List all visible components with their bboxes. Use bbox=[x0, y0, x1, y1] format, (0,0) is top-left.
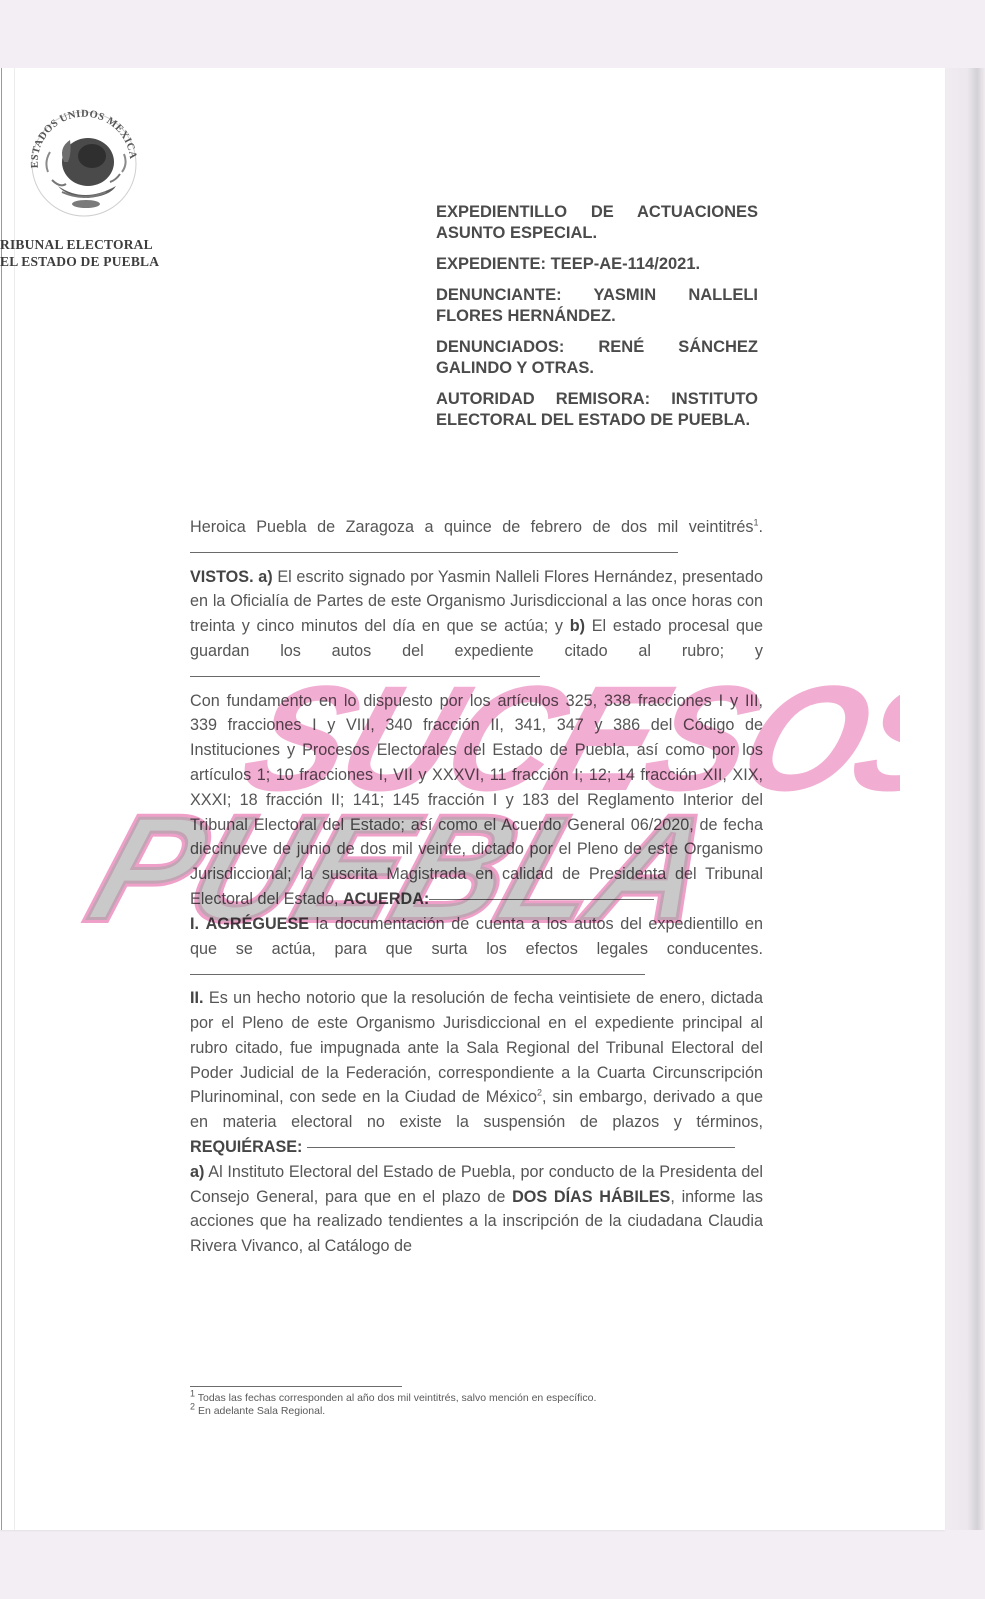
date-paragraph: Heroica Puebla de Zaragoza a quince de f… bbox=[190, 515, 763, 565]
case-number: EXPEDIENTE: TEEP-AE-114/2021. bbox=[436, 254, 758, 275]
point-1-paragraph: I. AGRÉGUESE la documentación de cuenta … bbox=[190, 912, 763, 986]
respondents: DENUNCIADOS: RENÉ SÁNCHEZ GALINDO Y OTRA… bbox=[436, 337, 758, 379]
complainant: DENUNCIANTE: YASMIN NALLELI FLORES HERNÁ… bbox=[436, 285, 758, 327]
case-header: EXPEDIENTILLO DE ACTUACIONES ASUNTO ESPE… bbox=[436, 202, 758, 441]
point-2-paragraph: II. Es un hecho notorio que la resolució… bbox=[190, 986, 763, 1160]
document-body: Heroica Puebla de Zaragoza a quince de f… bbox=[190, 515, 763, 1259]
fundamento-paragraph: Con fundamento en lo dispuesto por los a… bbox=[190, 689, 763, 912]
footnotes: 1 Todas las fechas corresponden al año d… bbox=[190, 1392, 790, 1417]
referring-authority: AUTORIDAD REMISORA: INSTITUTO ELECTORAL … bbox=[436, 389, 758, 431]
mexican-coat-of-arms-icon: ESTADOS UNIDOS MEXICANOS bbox=[18, 100, 146, 228]
footnote-1: 1 Todas las fechas corresponden al año d… bbox=[190, 1392, 790, 1405]
requirement-a-paragraph: a) Al Instituto Electoral del Estado de … bbox=[190, 1160, 763, 1259]
institution-name: RIBUNAL ELECTORAL EL ESTADO DE PUEBLA bbox=[0, 236, 159, 270]
footnote-divider bbox=[190, 1386, 402, 1387]
case-type: EXPEDIENTILLO DE ACTUACIONES ASUNTO ESPE… bbox=[436, 202, 758, 244]
vistos-paragraph: VISTOS. a) El escrito signado por Yasmin… bbox=[190, 565, 763, 689]
page-edge-shadow bbox=[946, 68, 985, 1530]
footnote-2: 2 En adelante Sala Regional. bbox=[190, 1405, 790, 1418]
